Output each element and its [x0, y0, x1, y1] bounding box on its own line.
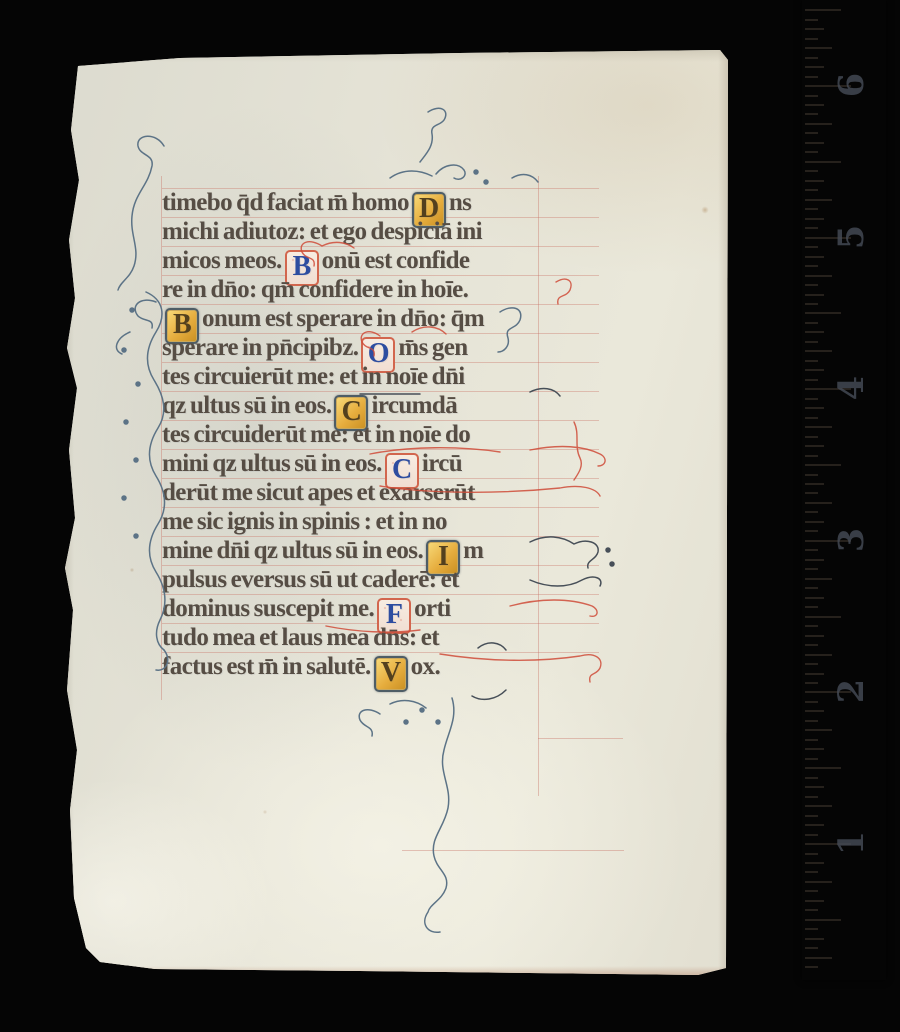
line-segment: onū est confide: [322, 247, 470, 274]
ruler-tick: [805, 104, 824, 106]
text-line: derūt me sicut apes et exarserūt: [162, 478, 599, 507]
ruler-number: 4: [834, 366, 870, 410]
flourish-bottom-spray: [359, 701, 426, 736]
text-line: micos meos.Bonū est confide: [162, 246, 599, 275]
ruler-tick: [805, 331, 824, 333]
ruler-tick: [805, 625, 818, 627]
ruler-tick: [805, 862, 824, 864]
ruler-tick: [805, 616, 841, 618]
ruler-tick: [805, 360, 818, 362]
line-segment: dominus suscepit me.: [162, 595, 374, 622]
ruler-tick: [805, 417, 818, 419]
ruler-tick: [805, 786, 824, 788]
ruler-tick: [805, 199, 832, 201]
ruler-tick: [805, 28, 824, 30]
ruler-tick: [805, 218, 824, 220]
ruler-tick: [805, 805, 832, 807]
line-segment: ns: [449, 189, 471, 216]
manuscript-leaf: timebo q̄d faciat m̄ homoDns michi adiut…: [60, 50, 728, 975]
ruler-tick: [805, 909, 818, 911]
ruler-tick: [805, 455, 818, 457]
ruler-tick: [805, 436, 818, 438]
text-line: tes circuiderūt me: et in noīe do: [162, 420, 599, 449]
ruler-tick: [805, 502, 832, 504]
ruler-tick: [805, 95, 818, 97]
ruler-tick: [805, 663, 818, 665]
ruling-extension-right: [538, 738, 623, 739]
penwork-dot: [122, 496, 126, 500]
ruler-tick: [805, 151, 818, 153]
ruler-tick: [805, 294, 824, 296]
ruler-tick: [805, 227, 818, 229]
penwork-dot: [124, 420, 128, 424]
ruler-tick: [805, 957, 832, 959]
ruler-tick: [805, 597, 824, 599]
ruler-tick: [805, 66, 824, 68]
ruler-tick: [805, 824, 824, 826]
text-line: michi adiutoz: et ego despiciā ini: [162, 217, 599, 246]
flourish-top-curl: [420, 108, 446, 162]
ruler-tick: [805, 748, 824, 750]
penwork-dot: [404, 720, 408, 724]
line-segment: ox.: [411, 653, 440, 680]
line-segment: sperare in pn̄cipibz.: [162, 334, 358, 361]
line-segment: onum est sperare in dn̄o: q̄m: [202, 305, 484, 332]
line-segment: m: [463, 537, 483, 564]
ruler-tick: [805, 312, 841, 314]
ruler-tick: [805, 208, 818, 210]
ruler-tick: [805, 834, 818, 836]
ruler-tick: [805, 606, 818, 608]
ruler-tick: [805, 38, 818, 40]
ruler-tick: [805, 113, 818, 115]
line-segment: ircū: [422, 450, 462, 477]
ruler-tick: [805, 161, 841, 163]
ruler-tick: [805, 796, 818, 798]
line-segment: tes circuierūt me: et in noīe dn̄i: [162, 363, 465, 390]
ruler-tick: [805, 587, 818, 589]
ruler-tick: [805, 369, 824, 371]
ruler-tick: [805, 341, 818, 343]
line-segment: ircumdā: [371, 392, 457, 419]
ruler-tick: [805, 635, 824, 637]
line-segment: pulsus eversus sū ut caderē: et: [162, 566, 459, 593]
ruler-tick: [805, 246, 818, 248]
penwork-dot: [134, 534, 138, 538]
line-segment: qz ultus sū in eos.: [162, 392, 331, 419]
ruler-tick: [805, 275, 832, 277]
text-line: pulsus eversus sū ut caderē: et: [162, 565, 599, 594]
ruler-tick: [805, 123, 832, 125]
penwork-dot: [474, 170, 478, 174]
ruler-tick: [805, 701, 818, 703]
ruler-tick: [805, 549, 818, 551]
penwork-dot: [484, 180, 488, 184]
ruler-tick: [805, 530, 818, 532]
line-segment: mini qz ultus sū in eos.: [162, 450, 382, 477]
ruler-tick: [805, 881, 832, 883]
penwork-dot: [122, 348, 126, 352]
ruler-tick: [805, 398, 818, 400]
ruler-tick: [805, 9, 841, 11]
ruler-tick: [805, 132, 818, 134]
line-segment: me sic ignis in spinis : et in no: [162, 508, 447, 535]
ruling-vertical-right: [538, 176, 539, 796]
text-line: tudo mea et laus mea dn̄s: et: [162, 623, 599, 652]
wooden-ruler: 123456: [802, 0, 886, 980]
text-line: sperare in pn̄cipibz.Om̄s gen: [162, 333, 599, 362]
ruler-tick: [805, 189, 818, 191]
line-segment: re in dn̄o: qm̄ confidere in hoīe.: [162, 276, 468, 303]
ruler-tick: [805, 654, 832, 656]
ruler-tick: [805, 644, 818, 646]
ruler-number: 2: [834, 669, 870, 713]
line-segment: factus est m̄ in salutē.: [162, 653, 371, 680]
line-segment: michi adiutoz: et ego despiciā ini: [162, 218, 482, 245]
ruler-tick: [805, 890, 818, 892]
text-line: factus est m̄ in salutē.Vox.: [162, 652, 599, 681]
ruler-tick: [805, 720, 818, 722]
ruler-tick: [805, 928, 818, 930]
ruler-tick: [805, 483, 824, 485]
ruler-tick: [805, 777, 818, 779]
text-line: tes circuierūt me: et in noīe dn̄i: [162, 362, 599, 391]
penwork-dot: [134, 458, 138, 462]
penwork-dot: [610, 562, 614, 566]
text-line: mine dn̄i qz ultus sū in eos.Im: [162, 536, 599, 565]
ruler-tick: [805, 492, 818, 494]
ruler-tick: [805, 76, 818, 78]
ruler-tick: [805, 853, 818, 855]
text-line: Bonum est sperare in dn̄o: q̄m: [162, 304, 599, 333]
penwork-dot: [136, 382, 140, 386]
text-line: mini qz ultus sū in eos.Circū: [162, 449, 599, 478]
ruler-tick: [805, 19, 818, 21]
penwork-dot: [606, 548, 610, 552]
line-segment: tudo mea et laus mea dn̄s: et: [162, 624, 439, 651]
ruler-tick: [805, 379, 818, 381]
ruler-tick: [805, 142, 824, 144]
ruler-tick: [805, 758, 818, 760]
ruler-number: 1: [834, 821, 870, 865]
ruler-tick: [805, 947, 818, 949]
ruler-tick: [805, 815, 818, 817]
line-segment: timebo q̄d faciat m̄ homo: [162, 189, 409, 216]
flourish-spray-above-d: [390, 165, 538, 182]
ruler-tick: [805, 284, 818, 286]
photo-backdrop: timebo q̄d faciat m̄ homoDns michi adiut…: [0, 0, 900, 1032]
text-line: qz ultus sū in eos.Circumdā: [162, 391, 599, 420]
ruler-tick: [805, 568, 818, 570]
ruler-tick: [805, 521, 824, 523]
line-segment: micos meos.: [162, 247, 282, 274]
ruler-tick: [805, 900, 824, 902]
text-line: dominus suscepit me.Forti: [162, 594, 599, 623]
text-block: timebo q̄d faciat m̄ homoDns michi adiut…: [162, 188, 599, 681]
ruler-tick: [805, 322, 818, 324]
ruler-tick: [805, 559, 824, 561]
ruler-tick: [805, 682, 818, 684]
flourish-top-left-squiggle: [118, 136, 164, 290]
ruling-vertical-left: [161, 176, 162, 700]
line-segment: m̄s gen: [398, 334, 467, 361]
line-segment: derūt me sicut apes et exarserūt: [162, 479, 475, 506]
ruler-tick: [805, 673, 824, 675]
ruler-tick: [805, 767, 841, 769]
ruler-tick: [805, 739, 818, 741]
ruling-extension-bottom: [402, 850, 624, 851]
ruler-number: 6: [834, 63, 870, 107]
ruler-tick: [805, 710, 824, 712]
penwork-dot: [436, 720, 440, 724]
text-line: re in dn̄o: qm̄ confidere in hoīe.: [162, 275, 599, 304]
penwork-dot: [130, 308, 134, 312]
line-segment: mine dn̄i qz ultus sū in eos.: [162, 537, 423, 564]
ruler-tick: [805, 445, 824, 447]
ruler-tick: [805, 426, 832, 428]
line-segment: orti: [414, 595, 450, 622]
ruler-tick: [805, 938, 824, 940]
line-segment: tes circuiderūt me: et in noīe do: [162, 421, 470, 448]
ruler-tick: [805, 919, 841, 921]
ruler-tick: [805, 350, 832, 352]
text-line: me sic ignis in spinis : et in no: [162, 507, 599, 536]
flourish-bottom-descender: [425, 698, 454, 932]
ruler-tick: [805, 47, 832, 49]
ruler-tick: [805, 474, 818, 476]
ruler-tick: [805, 265, 818, 267]
ruler-tick: [805, 180, 824, 182]
penwork-dot: [420, 708, 424, 712]
ruler-number: 5: [834, 215, 870, 259]
text-line: timebo q̄d faciat m̄ homoDns: [162, 188, 599, 217]
ruler-number: 3: [834, 518, 870, 562]
ruler-tick: [805, 57, 818, 59]
ruler-tick: [805, 578, 832, 580]
ruler-tick: [805, 729, 832, 731]
flourish-gold-b-curls: [116, 300, 156, 354]
ruler-tick: [805, 871, 818, 873]
ruler-tick: [805, 170, 818, 172]
ruler-tick: [805, 966, 818, 968]
ruler-tick: [805, 464, 841, 466]
ruler-tick: [805, 511, 818, 513]
illuminated-initial-gold: V: [374, 656, 408, 692]
ruler-tick: [805, 256, 824, 258]
ruler-tick: [805, 407, 824, 409]
ruler-tick: [805, 303, 818, 305]
